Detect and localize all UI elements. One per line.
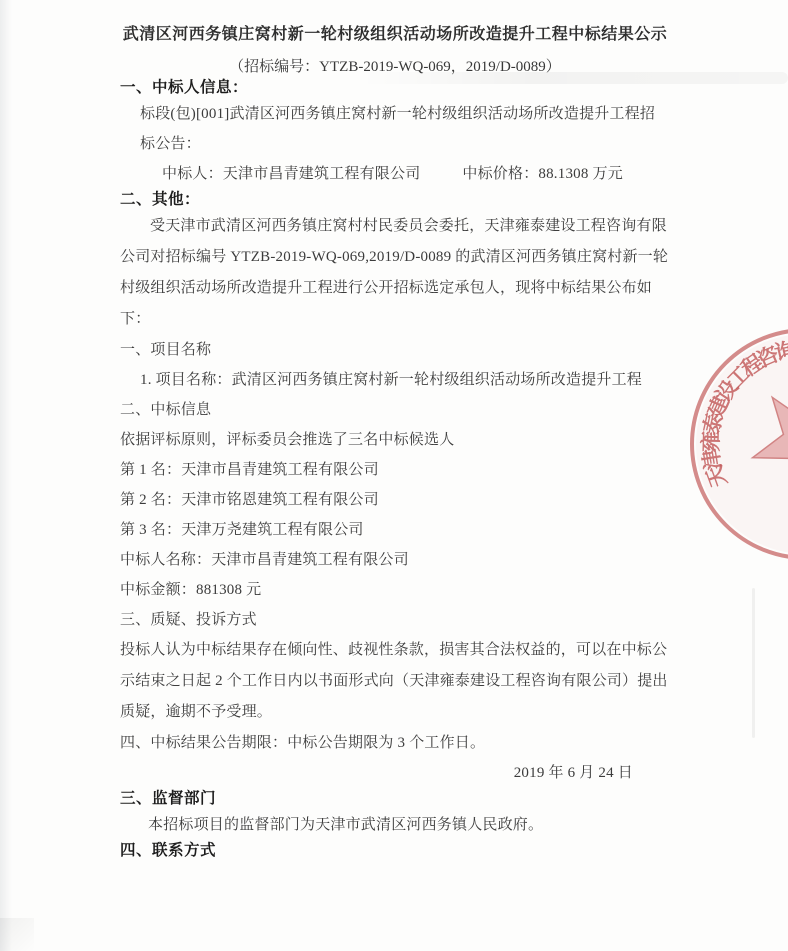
objection-heading-line: 三、质疑、投诉方式 <box>120 605 670 635</box>
price-value: 中标价格：88.1308 万元 <box>462 166 623 182</box>
project-name-line: 1. 项目名称：武清区河西务镇庄窝村新一轮村级组织活动场所改造提升工程 <box>120 365 670 395</box>
document-title: 武清区河西务镇庄窝村新一轮村级组织活动场所改造提升工程中标结果公示 <box>120 24 670 46</box>
entrustment-paragraph: 受天津市武清区河西务镇庄窝村村民委员会委托，天津雍泰建设工程咨询有限公司对招标编… <box>120 211 670 335</box>
document-date: 2019 年 6 月 24 日 <box>120 758 670 788</box>
project-name-heading: 一、项目名称 <box>120 335 670 365</box>
tender-number: （招标编号：YTZB-2019-WQ-069，2019/D-0089） <box>120 57 670 77</box>
candidate-1-line: 第 1 名：天津市昌青建筑工程有限公司 <box>120 455 670 485</box>
scanned-document-page: 武清区河西务镇庄窝村新一轮村级组织活动场所改造提升工程中标结果公示 （招标编号：… <box>0 0 788 951</box>
candidate-2-line: 第 2 名：天津市铭恩建筑工程有限公司 <box>120 485 670 515</box>
award-note-line: 依据评标原则，评标委员会推选了三名中标候选人 <box>120 425 670 455</box>
heading-supervision: 三、监督部门 <box>120 788 670 810</box>
document-body: 武清区河西务镇庄窝村新一轮村级组织活动场所改造提升工程中标结果公示 （招标编号：… <box>0 0 788 862</box>
candidate-3-line: 第 3 名：天津万尧建筑工程有限公司 <box>120 515 670 545</box>
announcement-period-line: 四、中标结果公告期限：中标公告期限为 3 个工作日。 <box>120 728 670 758</box>
objection-paragraph: 投标人认为中标结果存在倾向性、歧视性条款，损害其合法权益的，可以在中标公示结束之… <box>120 635 670 728</box>
heading-winner-info: 一、中标人信息： <box>120 77 670 99</box>
award-info-heading: 二、中标信息 <box>120 395 670 425</box>
winner-amount-line: 中标金额：881308 元 <box>120 575 670 605</box>
winner-value: 中标人：天津市昌青建筑工程有限公司 <box>162 166 420 182</box>
heading-other: 二、其他： <box>120 189 670 211</box>
supervision-body-line: 本招标项目的监督部门为天津市武清区河西务镇人民政府。 <box>120 810 670 840</box>
winner-name-line: 中标人名称：天津市昌青建筑工程有限公司 <box>120 545 670 575</box>
winner-price-line: 中标人：天津市昌青建筑工程有限公司中标价格：88.1308 万元 <box>120 159 670 189</box>
lot-line: 标段(包)[001]武清区河西务镇庄窝村新一轮村级组织活动场所改造提升工程招标公… <box>120 99 670 159</box>
heading-contact: 四、联系方式 <box>120 840 670 862</box>
scan-artifact-bottom-smudge <box>0 918 34 951</box>
